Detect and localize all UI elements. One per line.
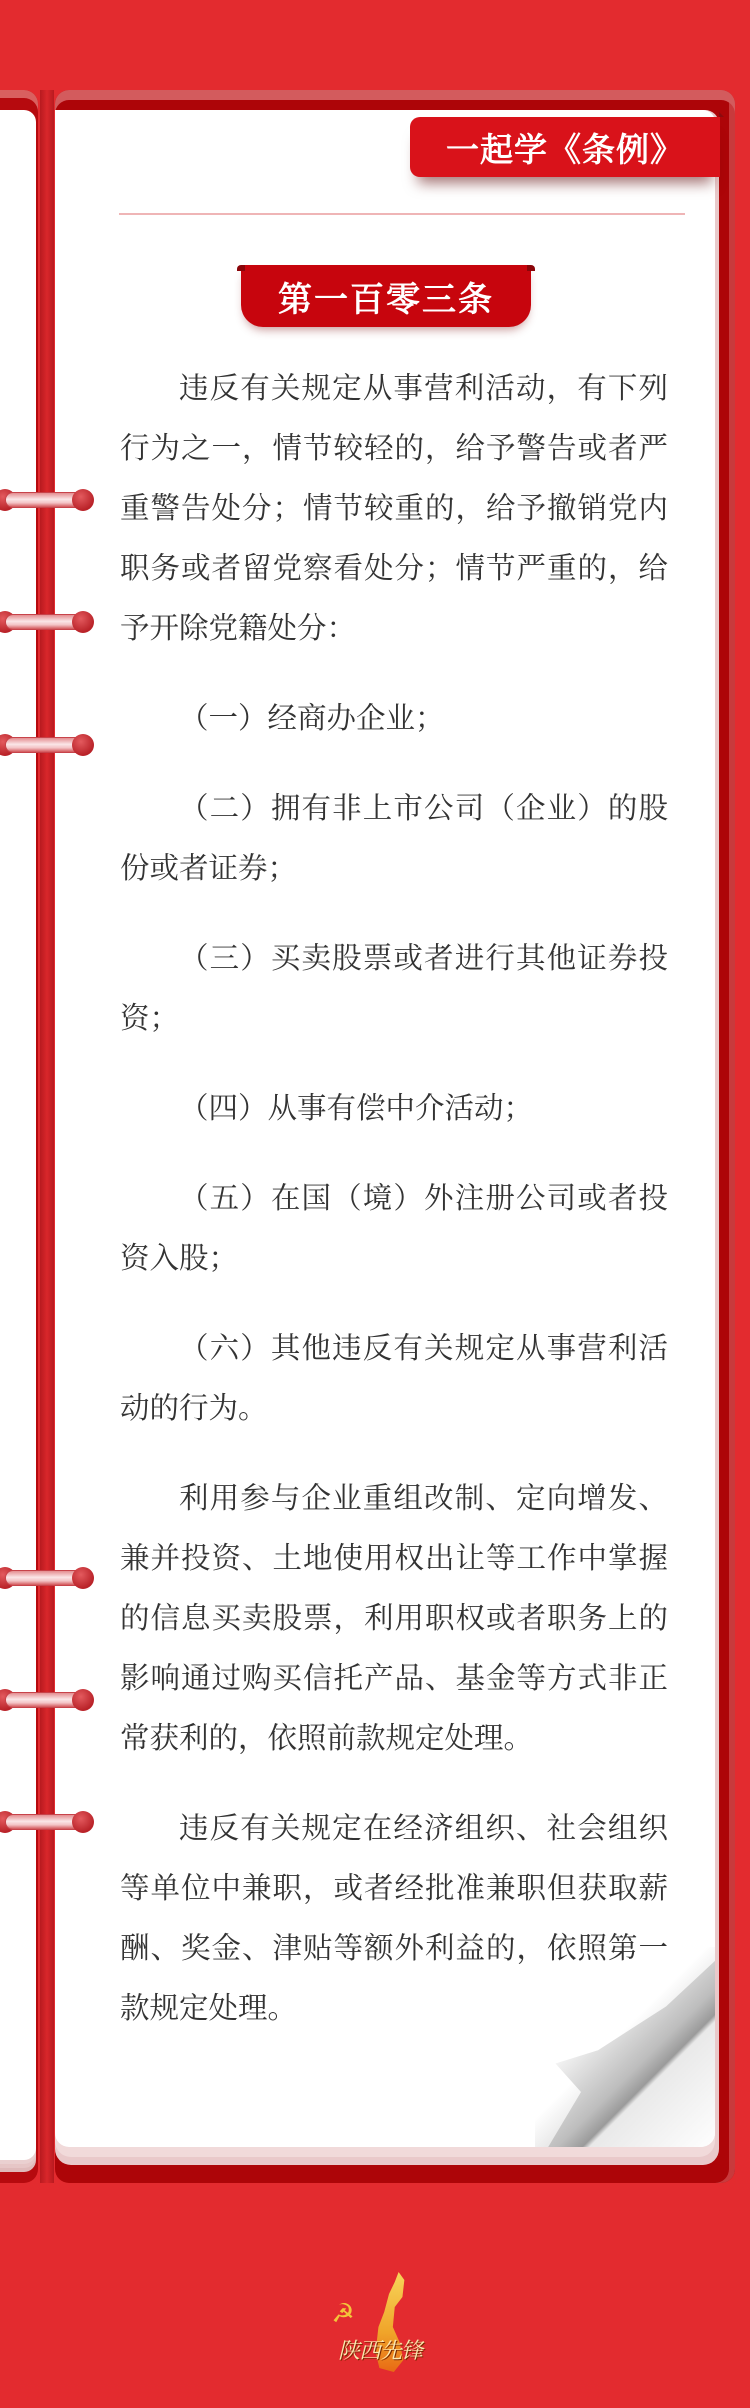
list-item: （五）在国（境）外注册公司或者投资入股；	[120, 1168, 668, 1288]
list-item: （四）从事有偿中介活动；	[120, 1078, 668, 1138]
binder-ring	[0, 489, 92, 511]
list-item: （六）其他违反有关规定从事营利活动的行为。	[120, 1318, 668, 1438]
binder-ring	[0, 1689, 92, 1711]
binder-ring	[0, 1567, 92, 1589]
article-body: 违反有关规定从事营利活动，有下列行为之一，情节较轻的，给予警告或者严重警告处分；…	[120, 358, 668, 2068]
previous-page	[0, 110, 36, 2160]
series-ribbon: 一起学《条例》	[410, 117, 720, 177]
binder-ring	[0, 734, 92, 756]
list-item: （三）买卖股票或者进行其他证券投资；	[120, 928, 668, 1048]
hammer-sickle-icon: ☭	[329, 2300, 357, 2328]
header-divider	[119, 213, 685, 215]
footer-logo: ☭ 陕西先锋	[325, 2272, 435, 2382]
logo-text: 陕西先锋	[325, 2334, 435, 2365]
paragraph-third-clause: 违反有关规定在经济组织、社会组织等单位中兼职，或者经批准兼职但获取薪酬、奖金、津…	[120, 1798, 668, 2038]
paragraph-intro: 违反有关规定从事营利活动，有下列行为之一，情节较轻的，给予警告或者严重警告处分；…	[120, 358, 668, 658]
paragraph-second-clause: 利用参与企业重组改制、定向增发、兼并投资、土地使用权出让等工作中掌握的信息买卖股…	[120, 1468, 668, 1768]
binding-spine	[40, 90, 54, 2183]
list-item: （一）经商办企业；	[120, 688, 668, 748]
list-item: （二）拥有非上市公司（企业）的股份或者证券；	[120, 778, 668, 898]
binder-ring	[0, 1811, 92, 1833]
binder-ring	[0, 611, 92, 633]
article-title: 第一百零三条	[241, 265, 531, 327]
